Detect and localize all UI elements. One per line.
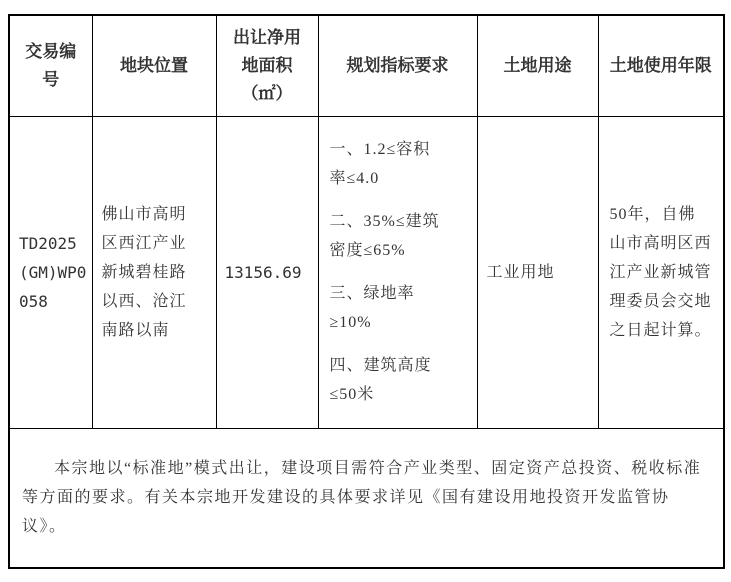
col-header-transaction-no: 交易编号 <box>9 15 92 116</box>
planning-item-building-height: 四、建筑高度≤50米 <box>330 351 447 409</box>
planning-item-green-ratio: 三、绿地率≥10% <box>330 279 447 337</box>
footnote-text: 本宗地以“标准地”模式出让，建设项目需符合产业类型、固定资产总投资、税收标准等方… <box>9 428 724 568</box>
col-header-land-use: 土地用途 <box>477 15 598 116</box>
parcel-row: TD2025(GM)WP0058 佛山市高明区西江产业新城碧桂路以西、沧江南路以… <box>9 116 724 428</box>
document-page: 交易编号 地块位置 出让净用地面积（㎡） 规划指标要求 土地用途 土地使用年限 … <box>0 0 731 578</box>
col-header-planning-requirements: 规划指标要求 <box>318 15 477 116</box>
col-header-location: 地块位置 <box>92 15 216 116</box>
cell-planning-requirements: 一、1.2≤容积率≤4.0 二、35%≤建筑密度≤65% 三、绿地率≥10% 四… <box>318 116 477 428</box>
cell-transaction-no: TD2025(GM)WP0058 <box>9 116 92 428</box>
planning-item-floor-area-ratio: 一、1.2≤容积率≤4.0 <box>330 135 447 193</box>
cell-tenure: 50年，自佛山市高明区西江产业新城管理委员会交地之日起计算。 <box>598 116 724 428</box>
footnote-row: 本宗地以“标准地”模式出让，建设项目需符合产业类型、固定资产总投资、税收标准等方… <box>9 428 724 568</box>
cell-net-area: 13156.69 <box>216 116 318 428</box>
cell-land-use: 工业用地 <box>477 116 598 428</box>
cell-location: 佛山市高明区西江产业新城碧桂路以西、沧江南路以南 <box>92 116 216 428</box>
land-parcel-table: 交易编号 地块位置 出让净用地面积（㎡） 规划指标要求 土地用途 土地使用年限 … <box>8 14 725 569</box>
header-row: 交易编号 地块位置 出让净用地面积（㎡） 规划指标要求 土地用途 土地使用年限 <box>9 15 724 116</box>
planning-item-building-density: 二、35%≤建筑密度≤65% <box>330 207 447 265</box>
col-header-tenure: 土地使用年限 <box>598 15 724 116</box>
col-header-net-area: 出让净用地面积（㎡） <box>216 15 318 116</box>
